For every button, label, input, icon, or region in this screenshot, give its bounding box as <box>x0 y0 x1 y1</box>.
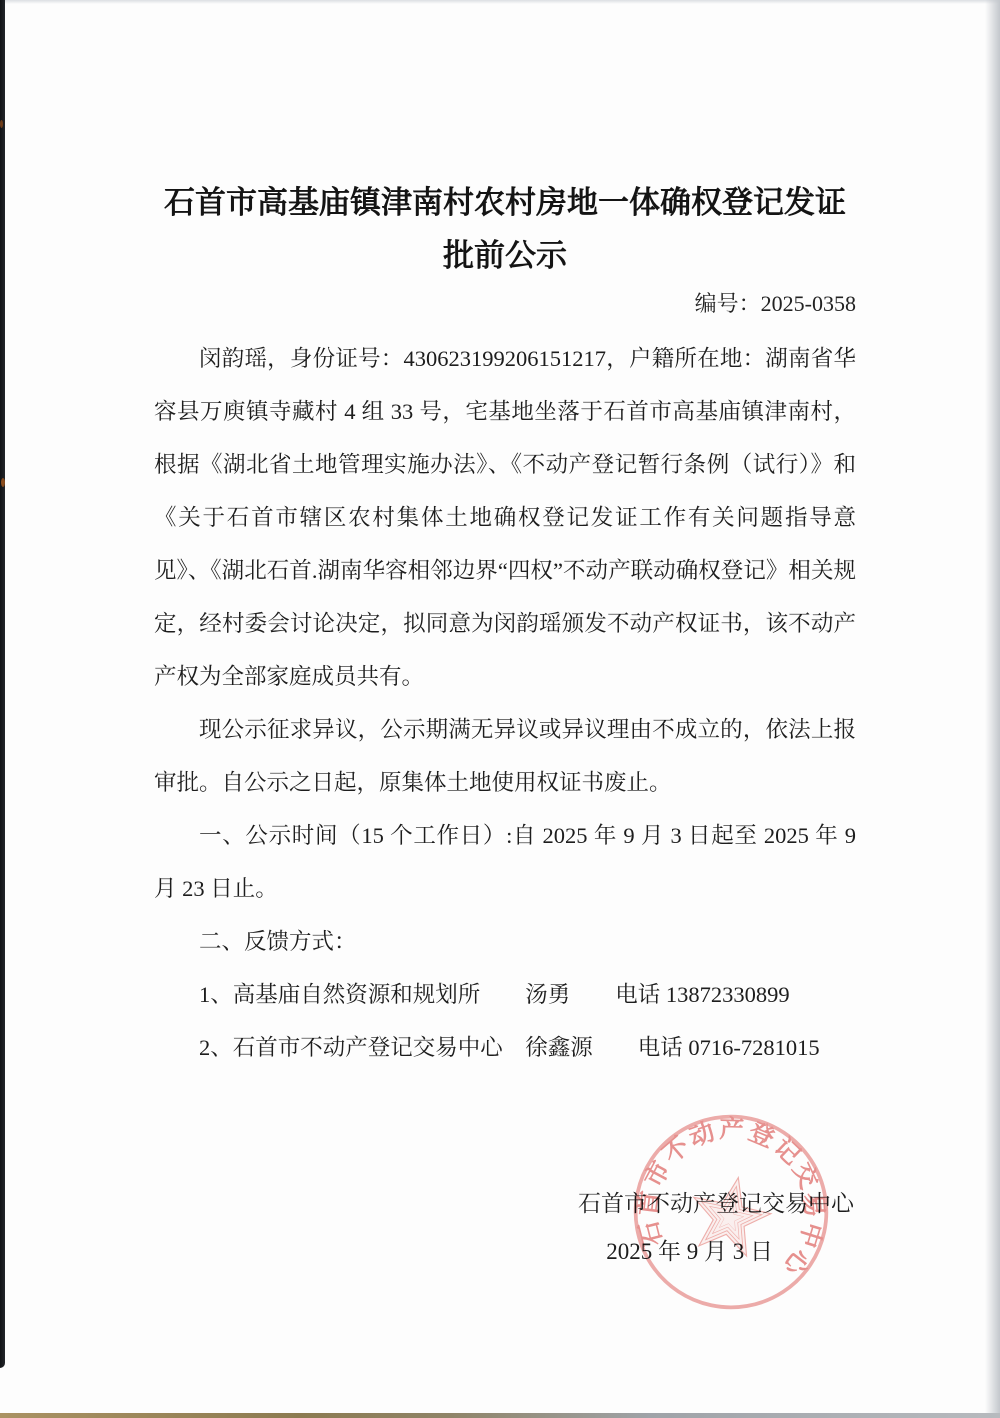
signature-organization: 石首市不动产登记交易中心 <box>578 1186 854 1222</box>
document-number-value: 2025-0358 <box>761 291 856 316</box>
signature-block: 石首市不动产登记交易中心 2025 年 9 月 3 日 <box>578 1186 854 1268</box>
document-body: 闵韵瑶，身份证号：430623199206151217，户籍所在地：湖南省华容县… <box>154 332 856 1074</box>
paragraph-feedback-contact-2: 2、石首市不动产登记交易中心 徐鑫源 电话 0716-7281015 <box>154 1021 856 1074</box>
document-title: 石首市高基庙镇津南村农村房地一体确权登记发证 批前公示 <box>154 176 856 282</box>
paragraph-feedback-heading: 二、反馈方式： <box>154 915 856 968</box>
signature-date: 2025 年 9 月 3 日 <box>578 1236 854 1268</box>
scan-left-edge-shadow <box>0 0 5 1368</box>
paragraph-feedback-contact-1: 1、高基庙自然资源和规划所 汤勇 电话 13872330899 <box>154 968 856 1021</box>
document-number-label: 编号： <box>695 291 761 316</box>
document-content: 石首市高基庙镇津南村农村房地一体确权登记发证 批前公示 编号：2025-0358… <box>154 0 856 1074</box>
document-title-line2: 批前公示 <box>154 229 856 282</box>
scan-right-edge-shadow <box>985 0 1000 1418</box>
paragraph-publicity-period: 一、公示时间（15 个工作日）:自 2025 年 9 月 3 日起至 2025 … <box>154 809 856 915</box>
scanned-document-page: 石首市高基庙镇津南村农村房地一体确权登记发证 批前公示 编号：2025-0358… <box>0 0 1000 1418</box>
document-title-line1: 石首市高基庙镇津南村农村房地一体确权登记发证 <box>154 176 856 229</box>
paragraph-objection-notice: 现公示征求异议，公示期满无异议或异议理由不成立的，依法上报审批。自公示之日起，原… <box>154 703 856 809</box>
scan-speck <box>1 478 5 487</box>
paragraph-applicant-info: 闵韵瑶，身份证号：430623199206151217，户籍所在地：湖南省华容县… <box>154 332 856 703</box>
scan-speck <box>0 120 3 128</box>
scan-bottom-edge-shadow <box>0 1413 1000 1418</box>
document-number: 编号：2025-0358 <box>154 289 856 319</box>
